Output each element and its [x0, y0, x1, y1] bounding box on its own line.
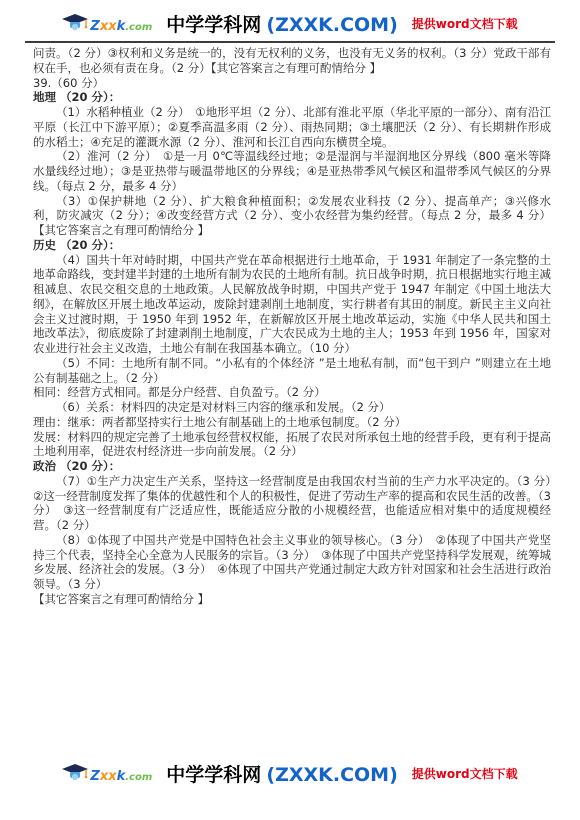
logo-letter: x [100, 19, 108, 34]
grading-note: 【其它答案言之有理可酌情给分 】 [33, 592, 551, 607]
zxxk-logo: Zxxk.com [62, 14, 152, 34]
site-footer: Zxxk.com 中学学科网 (ZXXK.COM) 提供word文档下载 [0, 760, 580, 787]
site-name: 中学学科网 [166, 764, 261, 786]
history-answer-4: （4）国共十年对峙时期，中国共产党在革命根据进行土地革命，于 1931 年制定了… [33, 253, 551, 356]
site-header: Zxxk.com 中学学科网 (ZXXK.COM) 提供word文档下载 [0, 10, 580, 37]
site-domain: (ZXXK.COM) [266, 14, 397, 36]
logo-letter: Z [90, 19, 99, 34]
logo-letter: x [108, 769, 116, 784]
logo-domain: .com [125, 22, 152, 33]
download-promo-text: 提供word文档下载 [412, 15, 518, 32]
zxxk-logo-text: Zxxk.com [90, 19, 152, 34]
graduation-cap-icon [62, 764, 88, 784]
politics-answer-8: （8）①体现了中国共产党是中国特色社会主义事业的领导核心。（3 分） ②体现了中… [33, 533, 551, 592]
logo-letter: x [100, 769, 108, 784]
history-answer-6-relation: （6）关系：材料四的决定是对材料三内容的继承和发展。（2 分） [33, 400, 551, 415]
history-answer-6-development: 发展：材料四的规定完善了土地承包经营权权能，拓展了农民对所承包土地的经营手段，更… [33, 430, 551, 460]
geo-answer-2: （2）淮河（2 分） ①是一月 0℃等温线经过地；②是湿润与半湿润地区分界线（8… [33, 149, 551, 193]
history-answer-5-different: （5）不同：土地所有制不同。“小私有的个体经济 ”是土地私有制，而“包干到户 ”… [33, 356, 551, 386]
politics-heading: 政治 （20 分）： [33, 459, 551, 474]
zxxk-logo-footer: Zxxk.com [62, 764, 152, 784]
site-title: 中学学科网 (ZXXK.COM) [166, 10, 398, 37]
site-domain: (ZXXK.COM) [266, 764, 397, 786]
history-answer-6-reason: 理由：继承：两者都坚持实行土地公有制基础上的土地承包制度。（2 分） [33, 415, 551, 430]
document-page: Zxxk.com 中学学科网 (ZXXK.COM) 提供word文档下载 问责。… [0, 0, 580, 820]
logo-letter: x [108, 19, 116, 34]
logo-letter: k [117, 769, 126, 784]
site-title: 中学学科网 (ZXXK.COM) [166, 760, 398, 787]
question-39-line: 39.（60 分） [33, 76, 551, 91]
logo-letter: k [117, 19, 126, 34]
logo-letter: Z [90, 769, 99, 784]
header-divider [25, 41, 555, 43]
continued-answer-paragraph: 问责。（2 分）③权利和义务是统一的，没有无权利的义务，也没有无义务的权利。（3… [33, 46, 551, 76]
answer-sheet-content: 问责。（2 分）③权利和义务是统一的，没有无权利的义务，也没有无义务的权利。（3… [33, 46, 551, 607]
geo-answer-1: （1）水稻种植业（2 分） ①地形平坦（2 分）、北部有淮北平原（华北平原的一部… [33, 105, 551, 149]
zxxk-logo-text: Zxxk.com [90, 769, 152, 784]
history-heading: 历史 （20 分）： [33, 238, 551, 253]
geo-answer-3: （3）①保护耕地（2 分）、扩大粮食种植面积；②发展农业科技（2 分）、提高单产… [33, 194, 551, 238]
politics-answer-7: （7）①生产力决定生产关系，坚持这一经营制度是由我国农村当前的生产力水平决定的。… [33, 474, 551, 533]
geography-heading: 地理 （20 分）： [33, 90, 551, 105]
graduation-cap-icon [62, 14, 88, 34]
history-answer-5-same: 相同：经营方式相同。都是分户经营、自负盈亏。（2 分） [33, 385, 551, 400]
logo-domain: .com [125, 772, 152, 783]
download-promo-text: 提供word文档下载 [412, 765, 518, 782]
site-name: 中学学科网 [166, 14, 261, 36]
